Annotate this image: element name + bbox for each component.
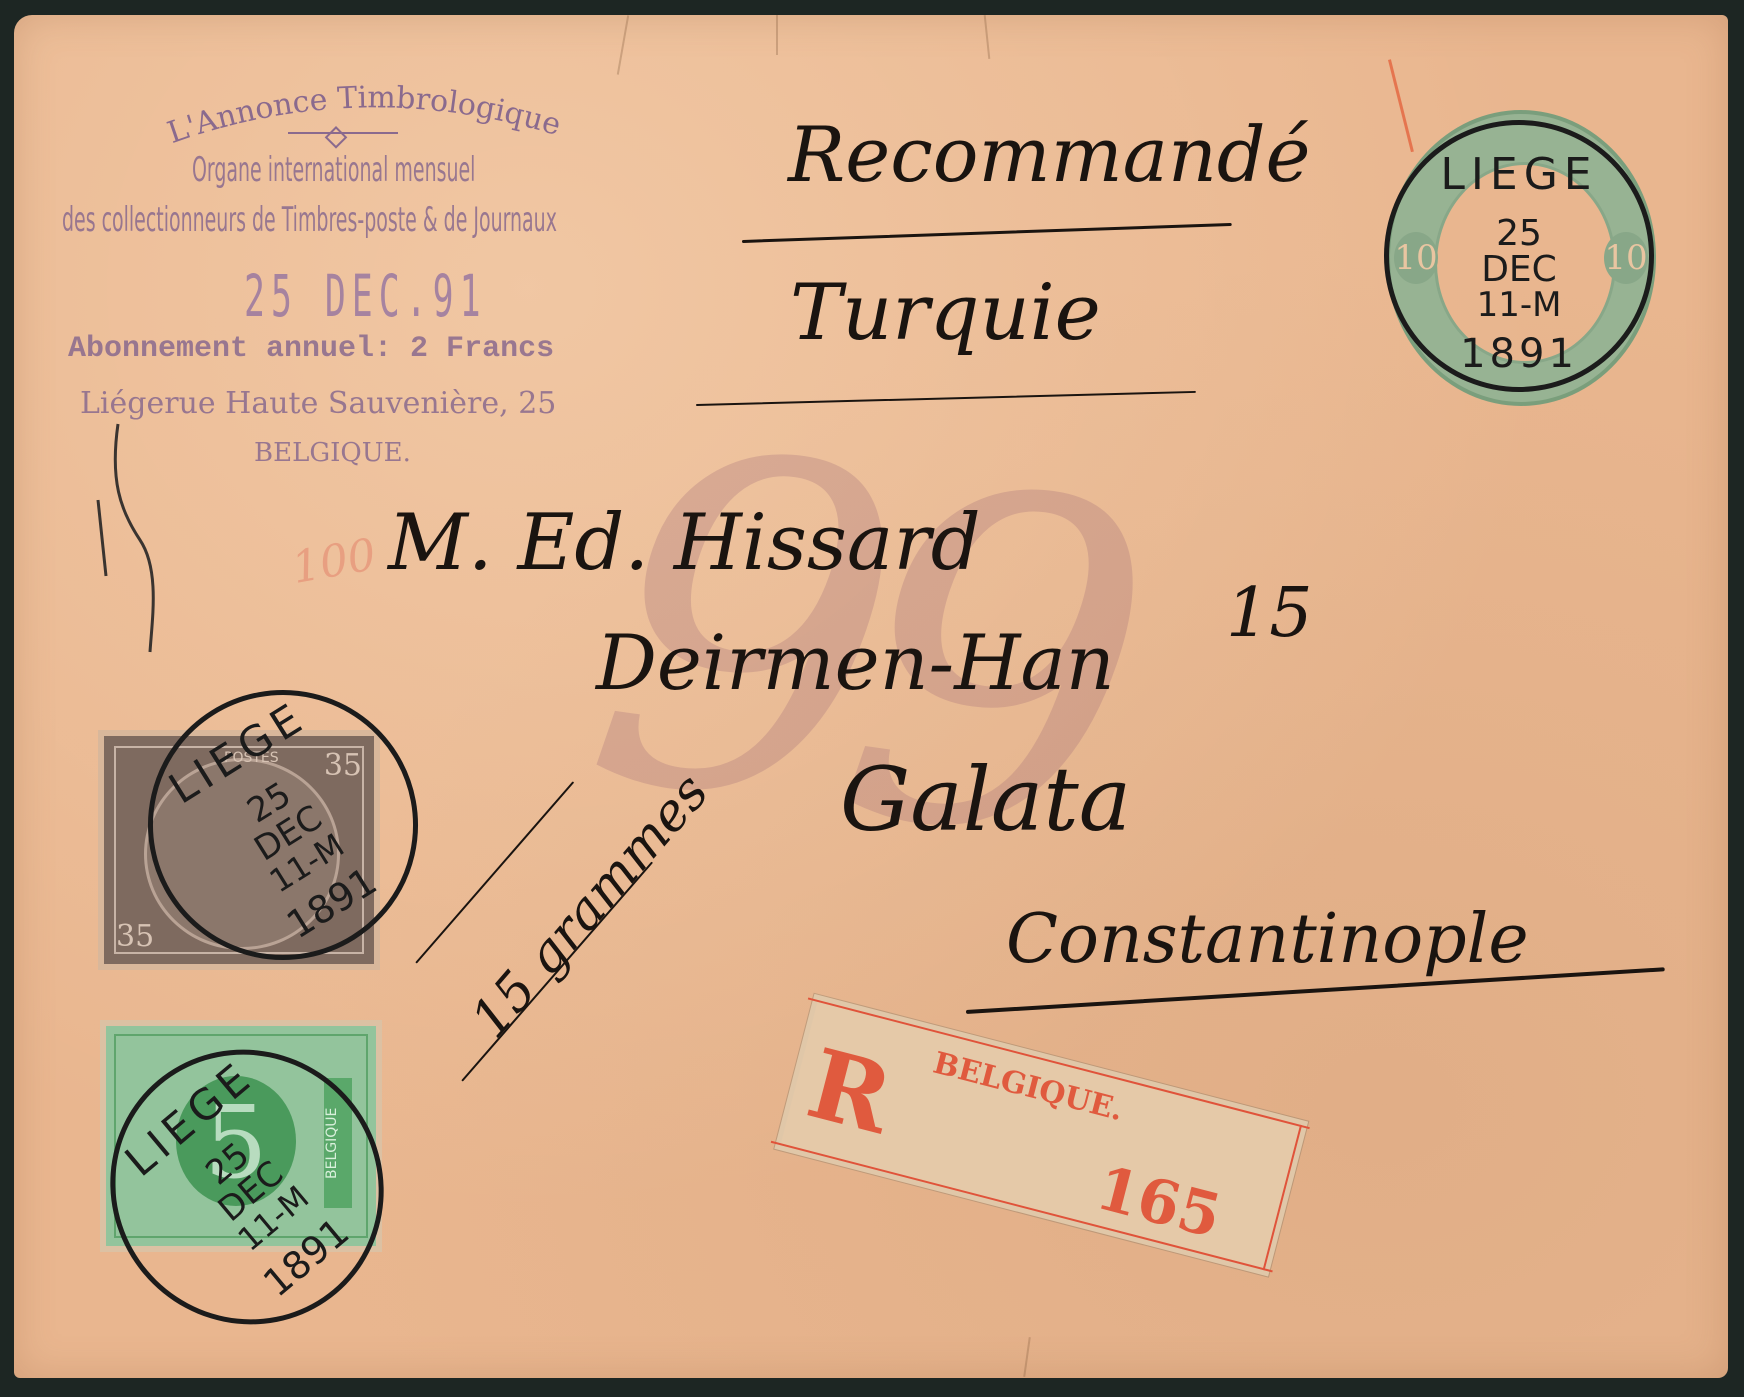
registration-letter: R bbox=[797, 1027, 903, 1156]
service-handwriting: Recommandé bbox=[788, 110, 1311, 199]
tear-mark bbox=[776, 15, 778, 55]
cachet-date: 25 DEC.91 bbox=[244, 262, 648, 330]
address-city: Constantinople bbox=[1006, 900, 1529, 979]
cachet-line1: Organe international mensuel bbox=[192, 150, 649, 190]
postmark-month: DEC bbox=[1389, 249, 1649, 290]
postmark-day: 25 bbox=[1389, 213, 1649, 254]
postmark-time: 11-M bbox=[1389, 285, 1649, 325]
pencil-arrow-mark bbox=[80, 420, 170, 660]
svg-text:L'Annonce Timbrologique: L'Annonce Timbrologique bbox=[163, 80, 565, 151]
address-street-number: 15 bbox=[1226, 574, 1313, 653]
cachet-country: BELGIQUE. bbox=[254, 438, 411, 468]
address-street: Deirmen-Han bbox=[596, 618, 1115, 707]
tear-mark bbox=[984, 15, 991, 59]
addressee-name: M. Ed. Hissard bbox=[388, 498, 981, 588]
destination-country: Turquie bbox=[790, 268, 1101, 358]
postmark-year: 1891 bbox=[1389, 331, 1649, 377]
cachet-subscription: Abonnement annuel: 2 Francs bbox=[68, 332, 554, 366]
address-district: Galata bbox=[840, 748, 1131, 851]
liege-postmark-indicium: LIEGE 25 DEC 11-M 1891 bbox=[1384, 120, 1654, 392]
cachet-line2: des collectionneurs de Timbres-poste & d… bbox=[62, 200, 860, 240]
cachet-address: Liégerue Haute Sauvenière, 25 bbox=[80, 386, 556, 421]
stamp-value: 35 bbox=[116, 919, 154, 954]
postmark-town: LIEGE bbox=[1389, 149, 1649, 200]
tear-mark bbox=[1023, 1337, 1031, 1377]
tear-mark bbox=[617, 15, 629, 74]
